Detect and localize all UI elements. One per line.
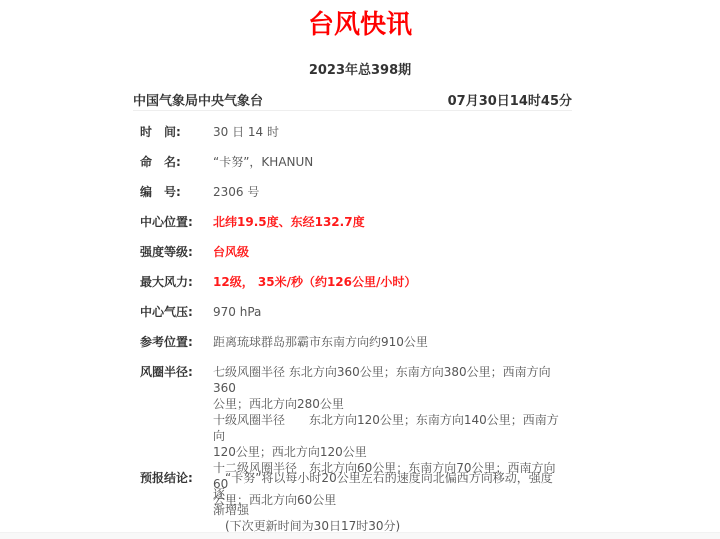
field-label: 强度等级: <box>140 244 210 260</box>
agency-name: 中国气象局中央气象台 <box>133 90 263 109</box>
bulletin-title: 台风快讯 <box>0 4 720 41</box>
field-value: 30 日 14 时 <box>213 124 563 140</box>
field-label: 中心位置: <box>140 214 210 230</box>
wind-radius-line: 公里；西北方向280公里 <box>213 396 563 412</box>
field-value: 2306 号 <box>213 184 563 200</box>
bottom-divider <box>0 532 720 539</box>
field-label: 参考位置: <box>140 334 210 350</box>
wind-radius-line: 十级风圈半径 东北方向120公里；东南方向140公里；西南方向 <box>213 412 563 444</box>
field-value: 970 hPa <box>213 304 563 320</box>
field-value: 12级， 35米/秒（约126公里/小时） <box>213 274 563 290</box>
wind-radius-line: 七级风圈半径 东北方向360公里；东南方向380公里；西南方向360 <box>213 364 563 396</box>
typhoon-bulletin-page: 台风快讯 2023年总398期 中国气象局中央气象台 07月30日14时45分 … <box>0 0 720 539</box>
field-value: 北纬19.5度、东经132.7度 <box>213 214 563 230</box>
field-label: 时 间: <box>140 124 210 140</box>
field-label: 风圈半径: <box>140 364 210 380</box>
field-label: 中心气压: <box>140 304 210 320</box>
field-value: 台风级 <box>213 244 563 260</box>
wind-radius-line: 120公里；西北方向120公里 <box>213 444 563 460</box>
field-value: 距离琉球群岛那霸市东南方向约910公里 <box>213 334 563 350</box>
field-label: 预报结论: <box>140 470 210 486</box>
field-value: “卡努”将以每小时20公里左右的速度向北偏西方向移动，强度逐 渐增强 (下次更新… <box>213 470 563 534</box>
field-value: “卡努”，KHANUN <box>213 154 563 170</box>
field-label: 最大风力: <box>140 274 210 290</box>
issue-number: 2023年总398期 <box>0 59 720 78</box>
forecast-line: “卡努”将以每小时20公里左右的速度向北偏西方向移动，强度逐 <box>213 470 563 502</box>
bulletin-header-row: 中国气象局中央气象台 07月30日14时45分 <box>133 90 572 111</box>
field-label: 编 号: <box>140 184 210 200</box>
published-time: 07月30日14时45分 <box>448 90 572 109</box>
field-label: 命 名: <box>140 154 210 170</box>
forecast-line: 渐增强 <box>213 502 563 518</box>
